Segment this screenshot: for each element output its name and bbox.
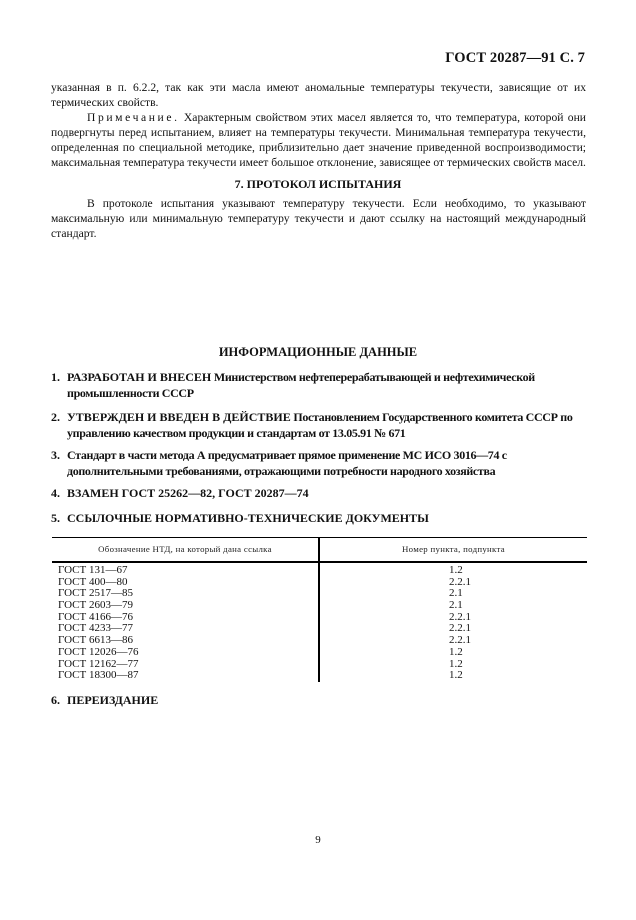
info-item-number: 6. — [51, 692, 67, 708]
info-item-label: ССЫЛОЧНЫЕ НОРМАТИВНО-ТЕХНИЧЕСКИЕ ДОКУМЕН… — [67, 510, 591, 526]
info-item-4: 4. ВЗАМЕН ГОСТ 25262—82, ГОСТ 20287—74 — [51, 485, 591, 501]
info-item-label: РАЗРАБОТАН И ВНЕСЕН — [67, 370, 211, 384]
table-top-rule — [52, 537, 587, 538]
info-item-2: 2. УТВЕРЖДЕН И ВВЕДЕН В ДЕЙСТВИЕ Постано… — [51, 409, 591, 441]
info-item-6: 6. ПЕРЕИЗДАНИЕ — [51, 692, 591, 708]
table-body: ГОСТ 131—671.2 ГОСТ 400—802.2.1 ГОСТ 251… — [52, 565, 587, 682]
table-cell-clause: 1.2 — [449, 670, 463, 682]
table-cell-designation: ГОСТ 2603—79 — [58, 600, 133, 612]
section-7-heading: 7. ПРОТОКОЛ ИСПЫТАНИЯ — [0, 177, 636, 192]
table-row: ГОСТ 131—671.2 — [52, 565, 587, 577]
info-item-label: УТВЕРЖДЕН И ВВЕДЕН В ДЕЙСТВИЕ — [67, 410, 291, 424]
info-item-number: 5. — [51, 510, 67, 526]
info-item-number: 1. — [51, 369, 67, 385]
note-paragraph: Примечание. Характерным свойством этих м… — [51, 110, 586, 170]
info-item-3: 3. Стандарт в части метода А предусматри… — [51, 447, 591, 479]
table-header-clause: Номер пункта, подпункта — [320, 544, 587, 554]
table-cell-clause: 1.2 — [449, 647, 463, 659]
info-item-number: 2. — [51, 409, 67, 425]
info-title: ИНФОРМАЦИОННЫЕ ДАННЫЕ — [0, 345, 636, 360]
section-7-paragraph: В протоколе испытания указывают температ… — [51, 196, 586, 241]
table-cell-designation: ГОСТ 18300—87 — [58, 670, 138, 682]
intro-paragraph: указанная в п. 6.2.2, так как эти масла … — [51, 80, 586, 110]
table-row: ГОСТ 12026—761.2 — [52, 647, 587, 659]
info-item-1: 1. РАЗРАБОТАН И ВНЕСЕН Министерством неф… — [51, 369, 591, 401]
table-cell-designation: ГОСТ 12026—76 — [58, 647, 138, 659]
table-cell-clause: 2.1 — [449, 600, 463, 612]
info-item-5: 5. ССЫЛОЧНЫЕ НОРМАТИВНО-ТЕХНИЧЕСКИЕ ДОКУ… — [51, 510, 591, 526]
table-row: ГОСТ 18300—871.2 — [52, 670, 587, 682]
info-item-label: ПЕРЕИЗДАНИЕ — [67, 692, 591, 708]
info-item-text: Стандарт в части метода А предусматривае… — [67, 447, 591, 479]
page-header: ГОСТ 20287—91 С. 7 — [445, 50, 585, 67]
table-cell-clause: 1.2 — [449, 565, 463, 577]
table-cell-designation: ГОСТ 131—67 — [58, 565, 127, 577]
table-row: ГОСТ 2603—792.1 — [52, 600, 587, 612]
page-number: 9 — [0, 834, 636, 846]
table-header-rule — [52, 561, 587, 563]
info-item-number: 3. — [51, 447, 67, 463]
info-item-number: 4. — [51, 485, 67, 501]
table-header-designation: Обозначение НТД, на который дана ссылка — [52, 544, 318, 554]
note-label: Примечание. — [87, 111, 180, 124]
info-item-label: ВЗАМЕН ГОСТ 25262—82, ГОСТ 20287—74 — [67, 485, 591, 501]
